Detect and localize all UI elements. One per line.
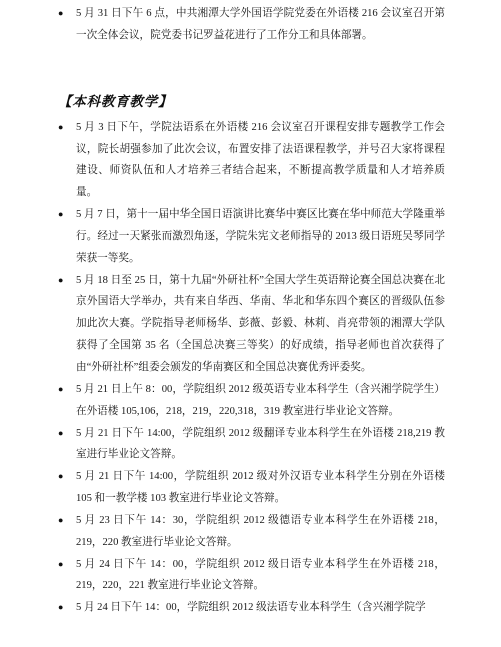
list-item: ● 5 月 7 日，第十一届中华全国日语演讲比赛华中赛区比赛在华中师范大学隆重举… bbox=[76, 204, 445, 270]
list-item-text: 5 月 31 日下午 6 点，中共湘潭大学外国语学院党委在外语楼 216 会议室… bbox=[76, 8, 445, 41]
list-item-text: 5 月 21 日下午 14:00，学院组织 2012 级翻译专业本科学生在外语楼… bbox=[76, 428, 445, 461]
intro-bulleted-list: ● 5 月 31 日下午 6 点，中共湘潭大学外国语学院党委在外语楼 216 会… bbox=[58, 3, 445, 47]
list-item: ● 5 月 21 日上午 8：00，学院组织 2012 级英语专业本科学生（含兴… bbox=[76, 379, 445, 423]
bullet-icon: ● bbox=[58, 117, 63, 139]
bullet-icon: ● bbox=[58, 466, 63, 488]
section-header: 【本科教育教学】 bbox=[58, 91, 445, 113]
bullet-icon: ● bbox=[58, 270, 63, 292]
bullet-icon: ● bbox=[58, 423, 63, 445]
list-item-text: 5 月 7 日，第十一届中华全国日语演讲比赛华中赛区比赛在华中师范大学隆重举行。… bbox=[76, 209, 445, 264]
list-item-text: 5 月 23 日下午 14：30，学院组织 2012 级德语专业本科学生在外语楼… bbox=[76, 515, 445, 548]
bullet-icon: ● bbox=[58, 204, 63, 226]
bullet-icon: ● bbox=[58, 379, 63, 401]
section-bulleted-list: ● 5 月 3 日下午，学院法语系在外语楼 216 会议室召开课程安排专题教学工… bbox=[58, 117, 445, 619]
list-item-text: 5 月 24 日下午 14：00，学院组织 2012 级日语专业本科学生在外语楼… bbox=[76, 559, 445, 592]
list-item: ● 5 月 24 日下午 14：00，学院组织 2012 级日语专业本科学生在外… bbox=[76, 554, 445, 598]
list-item: ● 5 月 31 日下午 6 点，中共湘潭大学外国语学院党委在外语楼 216 会… bbox=[76, 3, 445, 47]
document-page: ● 5 月 31 日下午 6 点，中共湘潭大学外国语学院党委在外语楼 216 会… bbox=[0, 0, 501, 647]
list-item-text: 5 月 18 日至 25 日，第十九届“外研社杯”全国大学生英语辩论赛全国总决赛… bbox=[76, 275, 445, 373]
list-item-text: 5 月 21 日下午 14:00，学院组织 2012 级对外汉语专业本科学生分别… bbox=[76, 471, 445, 504]
bullet-icon: ● bbox=[58, 597, 63, 619]
list-item: ● 5 月 23 日下午 14：30，学院组织 2012 级德语专业本科学生在外… bbox=[76, 510, 445, 554]
list-item: ● 5 月 24 日下午 14：00，学院组织 2012 级法语专业本科学生（含… bbox=[76, 597, 445, 619]
bullet-icon: ● bbox=[58, 510, 63, 532]
list-item: ● 5 月 18 日至 25 日，第十九届“外研社杯”全国大学生英语辩论赛全国总… bbox=[76, 270, 445, 379]
list-item-text: 5 月 21 日上午 8：00，学院组织 2012 级英语专业本科学生（含兴湘学… bbox=[76, 384, 445, 417]
list-item: ● 5 月 3 日下午，学院法语系在外语楼 216 会议室召开课程安排专题教学工… bbox=[76, 117, 445, 204]
list-item-text: 5 月 24 日下午 14：00，学院组织 2012 级法语专业本科学生（含兴湘… bbox=[76, 602, 426, 613]
list-item: ● 5 月 21 日下午 14:00，学院组织 2012 级翻译专业本科学生在外… bbox=[76, 423, 445, 467]
list-item: ● 5 月 21 日下午 14:00，学院组织 2012 级对外汉语专业本科学生… bbox=[76, 466, 445, 510]
bullet-icon: ● bbox=[58, 3, 63, 25]
bullet-icon: ● bbox=[58, 554, 63, 576]
list-item-text: 5 月 3 日下午，学院法语系在外语楼 216 会议室召开课程安排专题教学工作会… bbox=[76, 122, 445, 199]
